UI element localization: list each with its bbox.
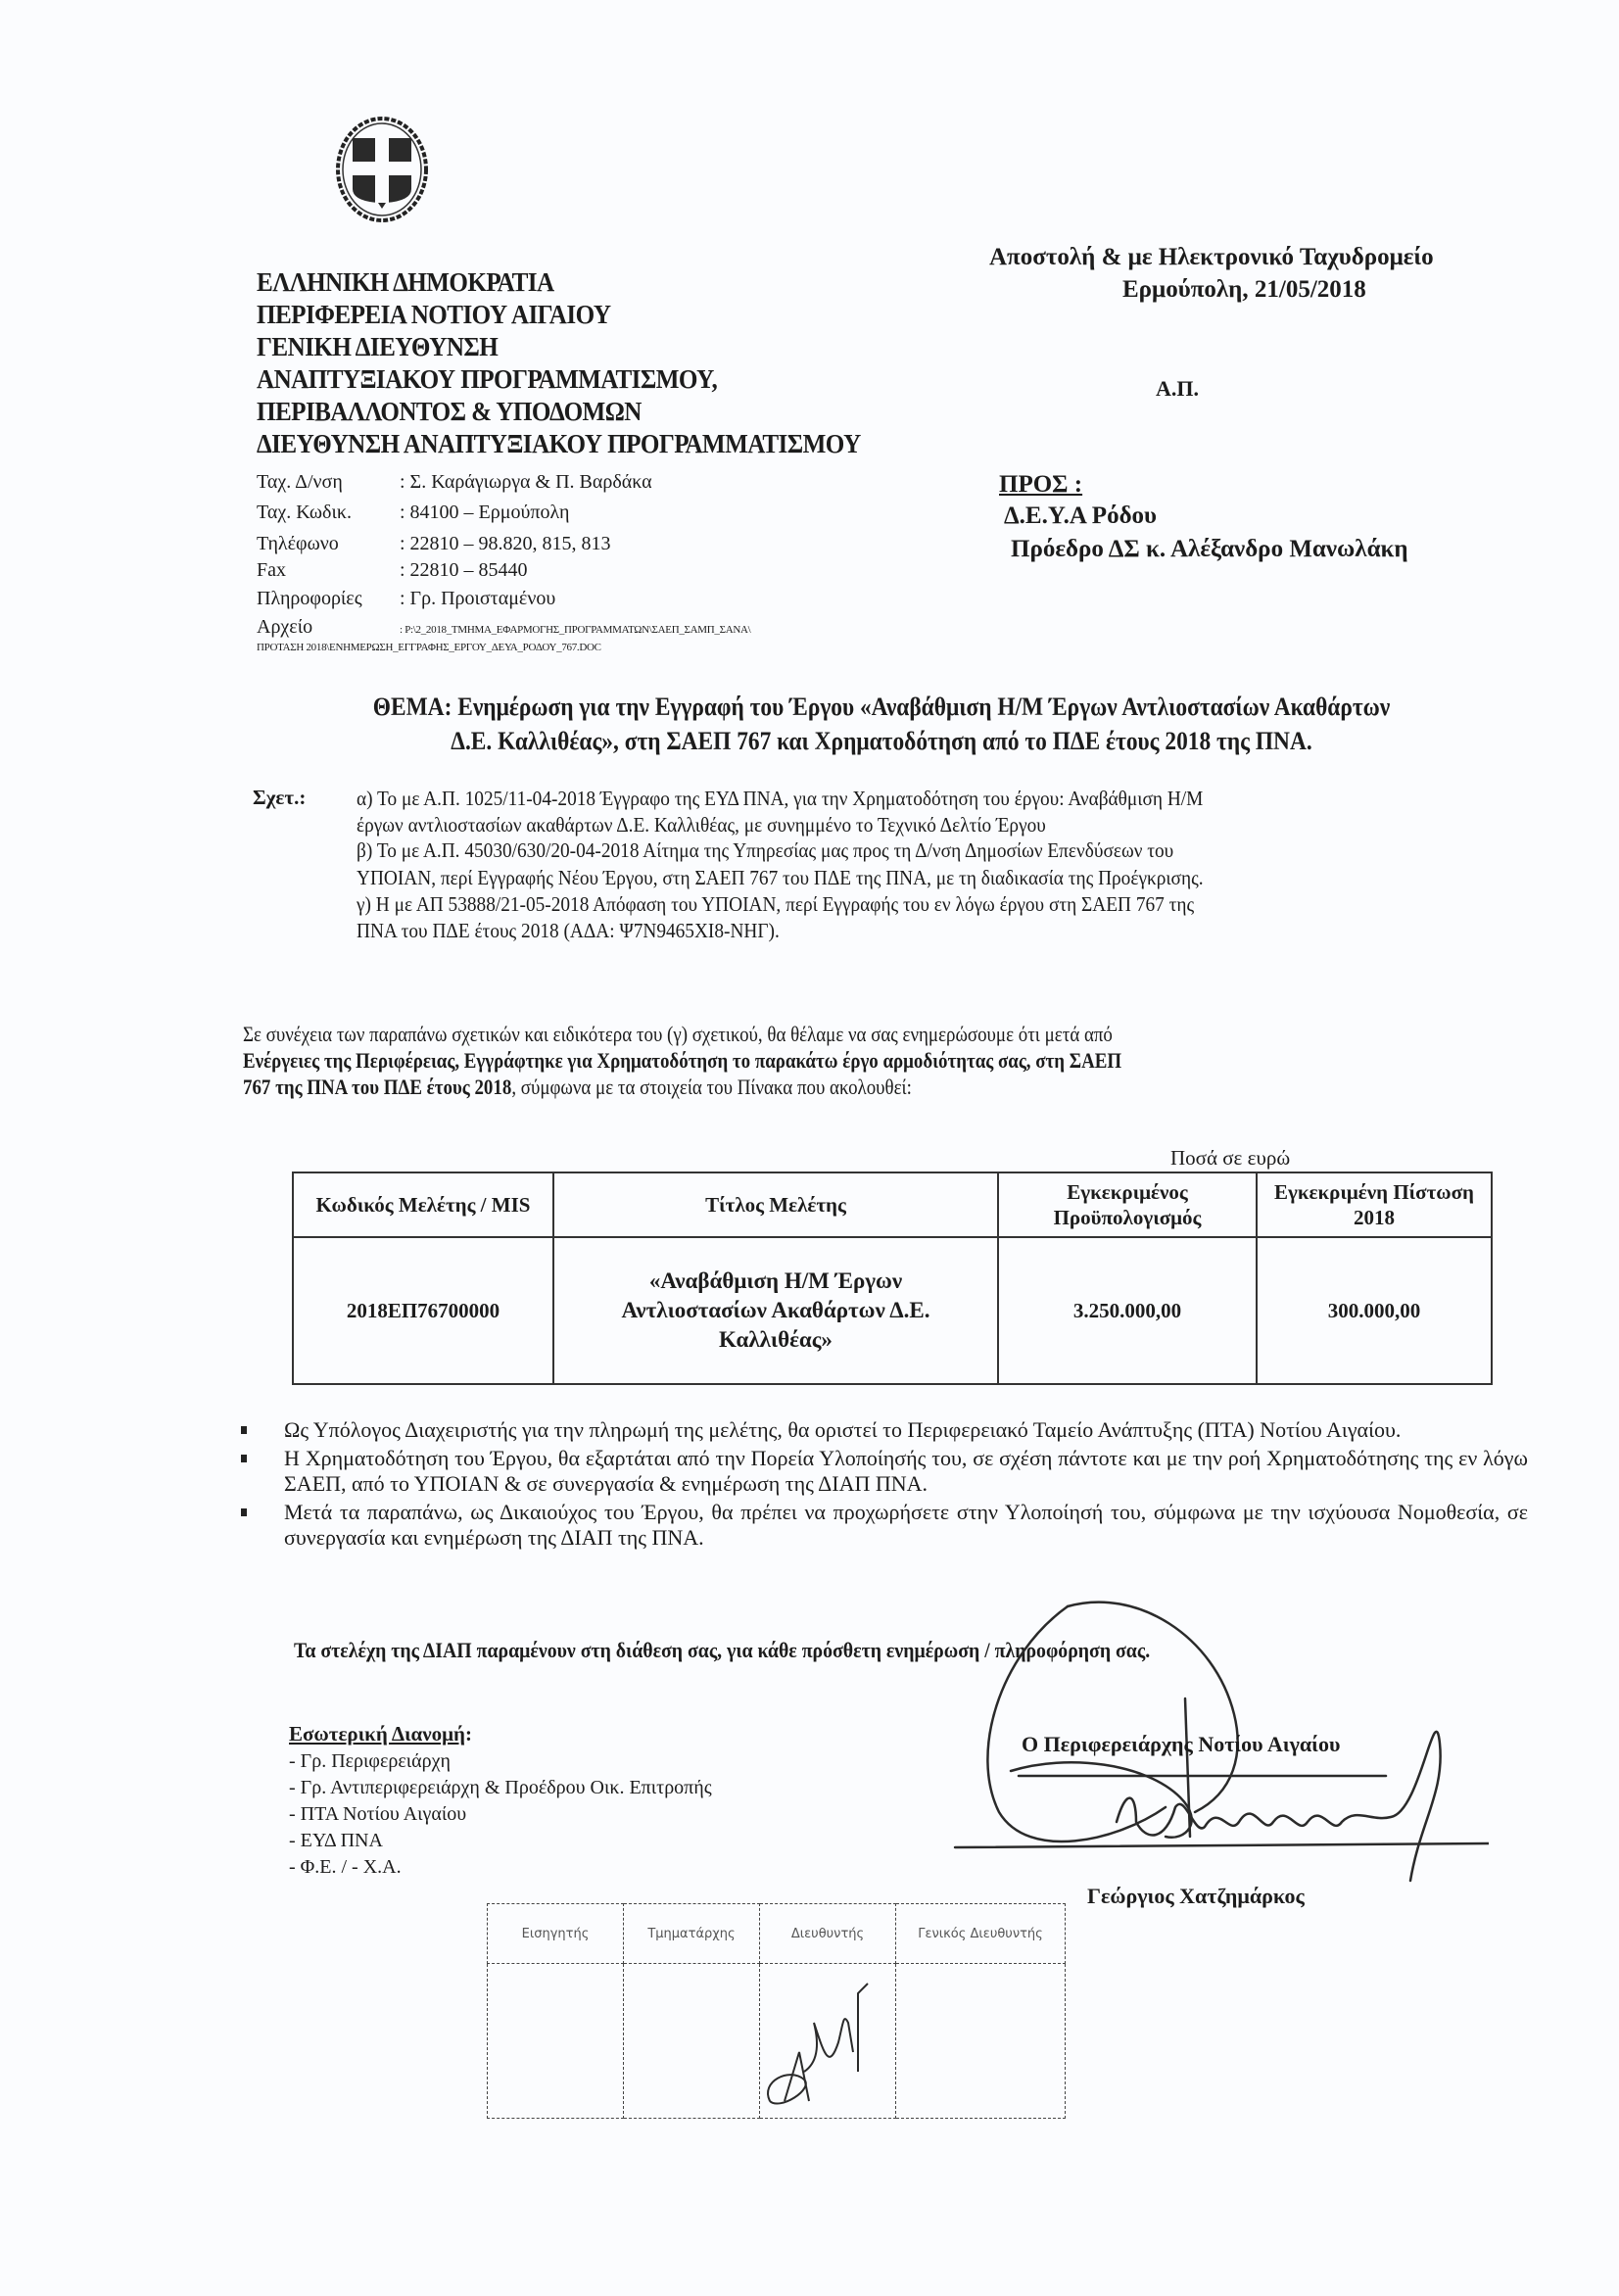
contact-row-fax: Fax: 22810 – 85440 — [257, 557, 528, 583]
signatory-name: Γεώργιος Χατζημάρκος — [1087, 1884, 1305, 1909]
dispatch-method: Αποστολή & με Ηλεκτρονικό Ταχυδρομείο — [989, 242, 1434, 273]
list-item: Μετά τα παραπάνω, ως Δικαιούχος του Έργο… — [235, 1500, 1528, 1551]
contact-value: : 22810 – 85440 — [400, 559, 528, 581]
approval-header-row: Εισηγητής Τμηματάρχης Διευθυντής Γενικός… — [488, 1904, 1066, 1964]
contact-row-phone: Τηλέφωνο: 22810 – 98.820, 815, 813 — [257, 531, 611, 556]
bullet-text: Η Χρηματοδότηση του Έργου, θα εξαρτάται … — [284, 1446, 1528, 1496]
distribution-item: - ΠΤΑ Νοτίου Αιγαίου — [289, 1801, 466, 1827]
approval-cell-signed — [760, 1964, 896, 2119]
protocol-number-label: Α.Π. — [1156, 376, 1199, 402]
approval-header: Εισηγητής — [488, 1904, 624, 1964]
letterhead-line: ΓΕΝΙΚΗ ΔΙΕΥΘΥΝΣΗ — [257, 331, 498, 363]
bullet-square-icon — [241, 1508, 247, 1516]
letterhead-line: ΠΕΡΙΦΕΡΕΙΑ ΝΟΤΙΟΥ ΑΙΓΑΙΟΥ — [257, 299, 610, 331]
contact-row-address: Ταχ. Δ/νση: Σ. Καράγιωργα & Π. Βαρδάκα — [257, 469, 652, 495]
conditions-list: Ως Υπόλογος Διαχειριστής για την πληρωμή… — [235, 1417, 1528, 1554]
contact-row-file: Αρχείο: P:\2_2018_ΤΜΗΜΑ_ΕΦΑΡΜΟΓΗΣ_ΠΡΟΓΡΑ… — [257, 614, 750, 643]
approval-signature-row — [488, 1964, 1066, 2119]
approval-cell — [896, 1964, 1066, 2119]
recipient-org: Δ.Ε.Υ.Α Ρόδου — [1004, 501, 1157, 532]
letterhead-line: ΠΕΡΙΒΑΛΛΟΝΤΟΣ & ΥΠΟΔΟΜΩΝ — [257, 396, 642, 428]
recipient-person: Πρόεδρο ΔΣ κ. Αλέξανδρο Μανωλάκη — [1011, 534, 1408, 565]
approval-header: Τμηματάρχης — [624, 1904, 760, 1964]
subject-line: ΘΕΜΑ: Ενημέρωση για την Εγγραφή του Έργο… — [229, 691, 1534, 724]
header-budget: Εγκεκριμένος Προϋπολογισμός — [998, 1172, 1257, 1237]
contact-label: Fax — [257, 557, 400, 583]
file-path-continued: ΠΡΟΤΑΣΗ 2018\ΕΝΗΜΕΡΩΣΗ_ΕΓΓΡΑΦΗΣ_ΕΡΓΟΥ_ΔΕ… — [257, 642, 601, 653]
header-credit: Εγκεκριμένη Πίστωση 2018 — [1257, 1172, 1492, 1237]
contact-label: Ταχ. Κωδικ. — [257, 500, 400, 525]
related-line: ΠΝΑ του ΠΔΕ έτους 2018 (ΑΔΑ: Ψ7Ν9465ΧΙ8-… — [357, 918, 780, 943]
table-caption: Ποσά σε ευρώ — [1170, 1146, 1290, 1171]
contact-label: Αρχείο — [257, 614, 400, 640]
greek-coat-of-arms-icon — [333, 113, 431, 225]
contact-label: Τηλέφωνο — [257, 531, 400, 556]
approval-cell — [624, 1964, 760, 2119]
bullet-text: Μετά τα παραπάνω, ως Δικαιούχος του Έργο… — [284, 1500, 1528, 1550]
body-paragraph-line: 767 της ΠΝΑ του ΠΔΕ έτους 2018, σύμφωνα … — [243, 1075, 912, 1100]
related-label: Σχετ.: — [253, 786, 306, 810]
contact-value: : 22810 – 98.820, 815, 813 — [400, 533, 611, 554]
body-paragraph-bold: 767 της ΠΝΑ του ΠΔΕ έτους 2018 — [243, 1075, 511, 1099]
file-path: : P:\2_2018_ΤΜΗΜΑ_ΕΦΑΡΜΟΓΗΣ_ΠΡΟΓΡΑΜΜΑΤΩΝ… — [400, 624, 750, 636]
body-paragraph-rest: , σύμφωνα με τα στοιχεία του Πίνακα που … — [511, 1075, 912, 1099]
related-line: γ) Η με ΑΠ 53888/21-05-2018 Απόφαση του … — [357, 891, 1194, 917]
distribution-title-row: Εσωτερική Διανομή: — [289, 1722, 472, 1746]
contact-value: : Σ. Καράγιωργα & Π. Βαρδάκα — [400, 471, 652, 493]
contact-value: : Γρ. Προισταμένου — [400, 588, 555, 609]
cell-title: «Αναβάθμιση Η/Μ Έργων Αντλιοστασίων Ακαθ… — [553, 1237, 998, 1384]
approval-header: Γενικός Διευθυντής — [896, 1904, 1066, 1964]
contact-row-postcode: Ταχ. Κωδικ.: 84100 – Ερμούπολη — [257, 500, 569, 525]
header-title: Τίτλος Μελέτης — [553, 1172, 998, 1237]
contact-value: : 84100 – Ερμούπολη — [400, 502, 569, 523]
table-header-row: Κωδικός Μελέτης / MIS Τίτλος Μελέτης Εγκ… — [293, 1172, 1492, 1237]
header-code: Κωδικός Μελέτης / MIS — [293, 1172, 553, 1237]
project-table: Κωδικός Μελέτης / MIS Τίτλος Μελέτης Εγκ… — [292, 1172, 1493, 1385]
cell-budget: 3.250.000,00 — [998, 1237, 1257, 1384]
body-paragraph-line: Ενέργειες της Περιφέρειας, Εγγράφτηκε γι… — [243, 1048, 1121, 1074]
letterhead-line: ΕΛΛΗΝΙΚΗ ΔΗΜΟΚΡΑΤΙΑ — [257, 266, 554, 299]
signatory-title: Ο Περιφερειάρχης Νοτίου Αιγαίου — [1022, 1732, 1340, 1757]
distribution-item: - ΕΥΔ ΠΝΑ — [289, 1828, 383, 1853]
list-item: Η Χρηματοδότηση του Έργου, θα εξαρτάται … — [235, 1446, 1528, 1497]
distribution-item: - Γρ. Περιφερειάρχη — [289, 1748, 451, 1774]
related-line: β) Το με Α.Π. 45030/630/20-04-2018 Αίτημ… — [357, 837, 1173, 863]
director-signature-icon — [760, 1964, 878, 2111]
letterhead-line: ΔΙΕΥΘΥΝΣΗ ΑΝΑΠΤΥΞΙΑΚΟΥ ΠΡΟΓΡΑΜΜΑΤΙΣΜΟΥ — [257, 428, 861, 460]
table-row: 2018ΕΠ76700000 «Αναβάθμιση Η/Μ Έργων Αντ… — [293, 1237, 1492, 1384]
approval-header: Διευθυντής — [760, 1904, 896, 1964]
list-item: Ως Υπόλογος Διαχειριστής για την πληρωμή… — [235, 1417, 1528, 1443]
bullet-square-icon — [241, 1455, 247, 1462]
bullet-text: Ως Υπόλογος Διαχειριστής για την πληρωμή… — [284, 1417, 1401, 1442]
distribution-title: Εσωτερική Διανομή — [289, 1722, 465, 1746]
contact-label: Ταχ. Δ/νση — [257, 469, 400, 495]
cell-credit: 300.000,00 — [1257, 1237, 1492, 1384]
letterhead-line: ΑΝΑΠΤΥΞΙΑΚΟΥ ΠΡΟΓΡΑΜΜΑΤΙΣΜΟΥ, — [257, 363, 717, 396]
related-line: έργων αντλιοστασίων ακαθάρτων Δ.Ε. Καλλι… — [357, 812, 1046, 837]
cell-code: 2018ΕΠ76700000 — [293, 1237, 553, 1384]
approval-cell — [488, 1964, 624, 2119]
distribution-item: - Γρ. Αντιπεριφερειάρχη & Προέδρου Οικ. … — [289, 1775, 712, 1800]
related-line: ΥΠΟΙΑΝ, περί Εγγραφής Νέου Έργου, στη ΣΑ… — [357, 865, 1204, 890]
place-date: Ερμούπολη, 21/05/2018 — [1122, 274, 1366, 306]
distribution-title-colon: : — [465, 1722, 472, 1746]
approval-box: Εισηγητής Τμηματάρχης Διευθυντής Γενικός… — [487, 1903, 1066, 2119]
body-paragraph-line: Σε συνέχεια των παραπάνω σχετικών και ει… — [243, 1022, 1113, 1047]
to-label: ΠΡΟΣ : — [999, 469, 1082, 501]
bullet-square-icon — [241, 1426, 247, 1434]
distribution-item: - Φ.Ε. / - Χ.Α. — [289, 1854, 402, 1880]
contact-row-info: Πληροφορίες: Γρ. Προισταμένου — [257, 586, 555, 611]
related-line: α) Το με Α.Π. 1025/11-04-2018 Έγγραφο τη… — [357, 786, 1203, 811]
subject-line: Δ.Ε. Καλλιθέας», στη ΣΑΕΠ 767 και Χρηματ… — [229, 725, 1534, 758]
contact-label: Πληροφορίες — [257, 586, 400, 611]
